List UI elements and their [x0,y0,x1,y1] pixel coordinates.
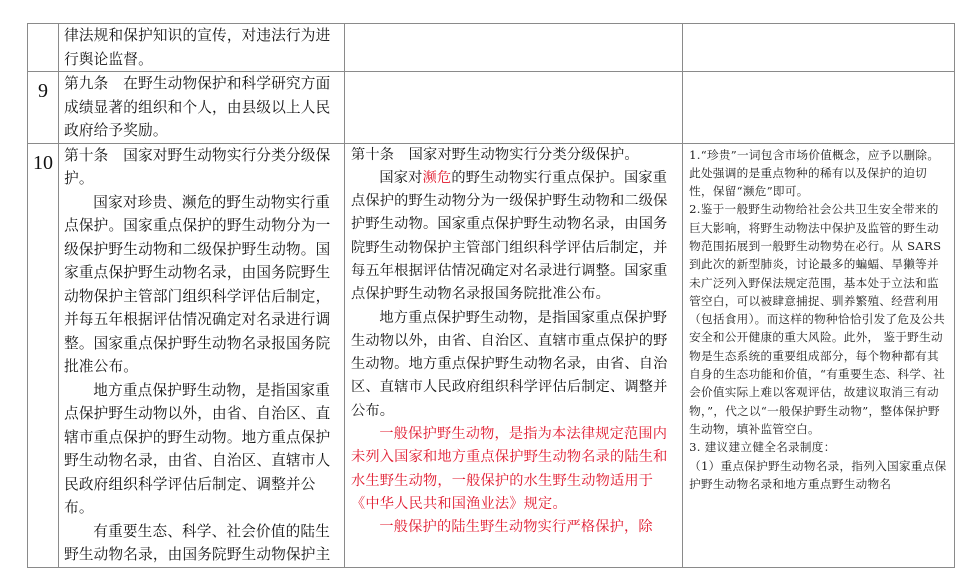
note-item: 1.“珍贵”一词包含市场价值概念，应予以删除。此处强调的是重点物种的稀有以及保护… [689,146,950,201]
original-paragraph: 律法规和保护知识的宣传，对违法行为进行舆论监督。 [64,24,338,71]
original-text-cell: 第九条 在野生动物保护和科学研究方面成绩显著的组织和个人，由县级以上人民政府给予… [59,72,345,144]
row-number: 9 [28,72,58,103]
note-item: 2.鉴于一般野生动物给社会公共卫生安全带来的巨大影响，将野生动物法中保护及监管的… [689,200,950,438]
revised-text-cell [345,24,683,72]
table-row: 9 第九条 在野生动物保护和科学研究方面成绩显著的组织和个人，由县级以上人民政府… [28,72,955,144]
revised-text-cell: 第十条 国家对野生动物实行分类分级保护。 国家对濒危的野生动物实行重点保护。国家… [345,143,683,567]
article-title: 第十条 国家对野生动物实行分类分级保护。 [64,144,338,191]
revised-text: 的野生动物实行重点保护。国家重点保护的野生动物分为一级保护野生动物和二级保护野生… [351,170,668,302]
revised-text: 国家对 [379,170,422,186]
revised-text-cell [345,72,683,144]
comparison-table: 律法规和保护知识的宣传，对违法行为进行舆论监督。 9 第九条 在野生动物保护和科… [27,23,955,568]
table-row: 10 第十条 国家对野生动物实行分类分级保护。 国家对珍贵、濒危的野生动物实行重… [28,143,955,567]
highlighted-change: 濒危 [423,170,452,186]
original-paragraph: 第九条 在野生动物保护和科学研究方面成绩显著的组织和个人，由县级以上人民政府给予… [64,72,338,143]
row-number-cell [28,24,59,72]
original-text-cell: 律法规和保护知识的宣传，对违法行为进行舆论监督。 [59,24,345,72]
article-title: 第十条 国家对野生动物实行分类分级保护。 [351,144,678,167]
original-paragraph: 国家对珍贵、濒危的野生动物实行重点保护。国家重点保护的野生动物分为一级保护野生动… [64,191,338,379]
notes-cell [683,72,955,144]
original-paragraph: 有重要生态、科学、社会价值的陆生野生动物名录，由国务院野生动物保护主 [64,520,338,567]
note-item: 3. 建议建立健全名录制度： [689,438,950,456]
row-number [28,24,58,32]
row-number-cell: 10 [28,143,59,567]
original-text-cell: 第十条 国家对野生动物实行分类分级保护。 国家对珍贵、濒危的野生动物实行重点保护… [59,143,345,567]
added-paragraph: 一般保护的陆生野生动物实行严格保护，除 [351,516,678,539]
row-number: 10 [28,144,58,175]
note-item: （1）重点保护野生动物名录，指列入国家重点保护野生动物名录和地方重点野生动物名 [689,457,950,494]
table-row: 律法规和保护知识的宣传，对违法行为进行舆论监督。 [28,24,955,72]
revised-paragraph: 国家对濒危的野生动物实行重点保护。国家重点保护的野生动物分为一级保护野生动物和二… [351,167,678,307]
original-paragraph: 地方重点保护野生动物，是指国家重点保护野生动物以外，由省、自治区、直辖市重点保护… [64,379,338,520]
revised-paragraph: 地方重点保护野生动物，是指国家重点保护野生动物以外，由省、自治区、直辖市重点保护… [351,307,678,423]
added-paragraph: 一般保护野生动物，是指为本法律规定范围内未列入国家和地方重点保护野生动物名录的陆… [351,423,678,516]
notes-cell [683,24,955,72]
row-number-cell: 9 [28,72,59,144]
notes-cell: 1.“珍贵”一词包含市场价值概念，应予以删除。此处强调的是重点物种的稀有以及保护… [683,143,955,567]
